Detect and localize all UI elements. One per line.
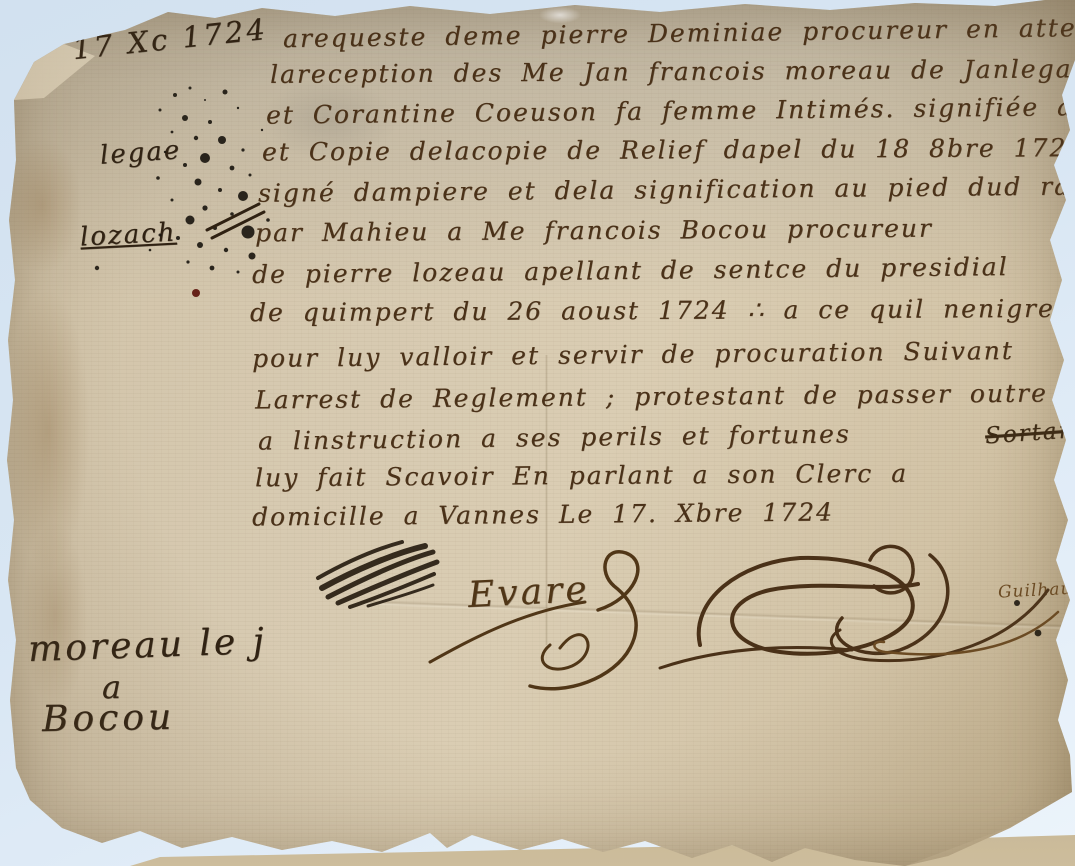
manuscript-line: de pierre lozeau apellant de sentce du p… [252, 252, 1009, 289]
manuscript-line: par Mahieu a Me francois Bocou procureur [255, 214, 933, 248]
struck-out-word: Sortant [984, 416, 1075, 449]
scanned-document: 17 Xc 1724 legae lozach arequeste deme p… [0, 0, 1075, 866]
manuscript-line: et Corantine Coeuson fa femme Intimés. s… [266, 91, 1075, 129]
manuscript-line: et Copie delacopie de Relief dapel du 18… [262, 133, 1075, 167]
manuscript-line: luy fait Scavoir En parlant a son Clerc … [255, 459, 908, 493]
manuscript-line: Larrest de Reglement ; protestant de pas… [255, 379, 1048, 415]
manuscript-line: domicille a Vannes Le 17. Xbre 1724 [252, 497, 834, 531]
manuscript-paper-sheet: 17 Xc 1724 legae lozach arequeste deme p… [0, 0, 1075, 866]
manuscript-line: arequeste deme pierre Deminiae procureur… [283, 12, 1075, 53]
archive-date-note: 17 Xc 1724 [71, 12, 270, 66]
red-ink-spot [192, 289, 200, 297]
margin-note-legae: legae [99, 135, 182, 171]
horizontal-crease [360, 600, 1075, 631]
manuscript-line: lareception des Me Jan francois moreau d… [270, 54, 1075, 89]
signature-evare: Evare [467, 569, 591, 616]
manuscript-line: de quimpert du 26 aoust 1724 ∴ a ce quil… [250, 294, 1055, 327]
docket-note-bocou: Bocou [42, 697, 176, 740]
ink-scribble [318, 542, 437, 607]
margin-note-lozach: lozach [79, 217, 177, 252]
manuscript-line: signé dampiere et dela signification au … [258, 171, 1075, 207]
signature-guilhaume: Guilhaume [998, 577, 1075, 602]
docket-note-moreau: moreau le j [27, 621, 267, 670]
manuscript-line: pour luy valloir et servir de procuratio… [252, 336, 1014, 373]
manuscript-line: a linstruction a ses perils et fortunes [258, 419, 851, 455]
central-paraph [660, 546, 1048, 668]
